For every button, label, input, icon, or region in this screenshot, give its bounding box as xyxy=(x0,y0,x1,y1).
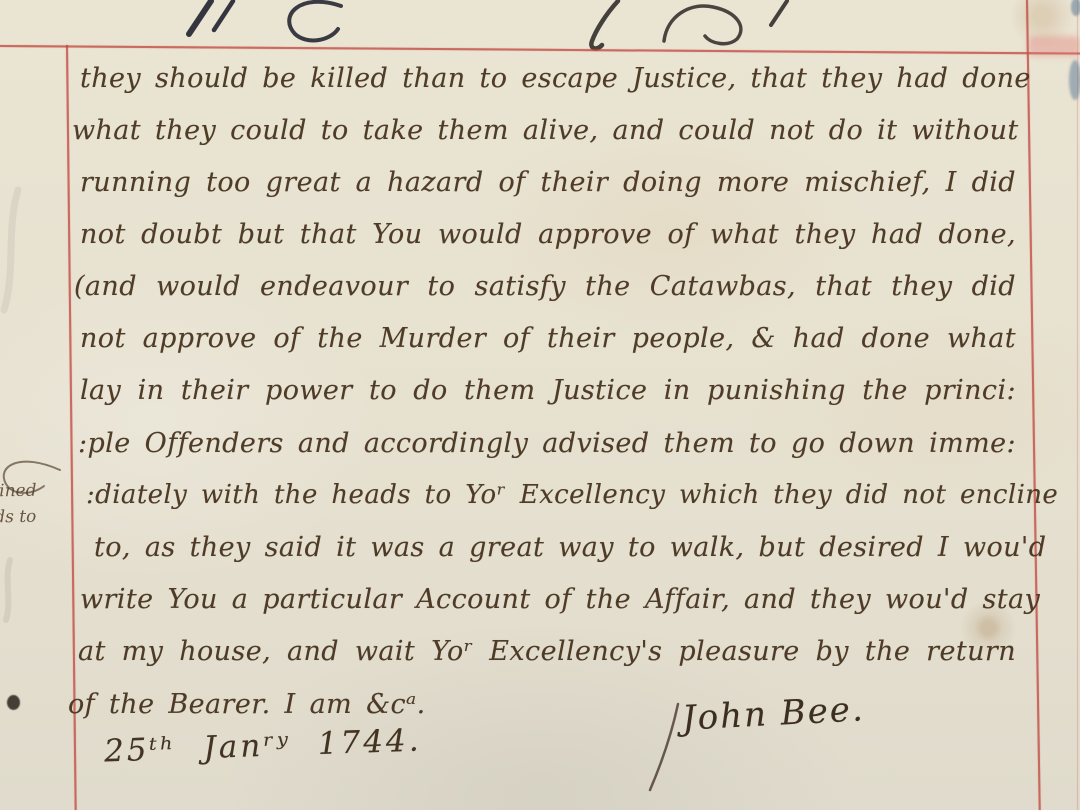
letter-body: they should be killed than to escape Jus… xyxy=(80,0,1016,810)
letter-line-4: not doubt but that You would approve of … xyxy=(80,218,1016,252)
blue-ink-mark xyxy=(1069,60,1080,100)
pink-smudge xyxy=(1028,36,1080,56)
blue-ink-mark-top xyxy=(1071,0,1080,16)
margin-note: lined ds to xyxy=(0,478,40,531)
letter-line-11: write You a particular Account of the Af… xyxy=(80,583,1016,617)
letter-line-12: at my house, and wait Yoʳ Excellency's p… xyxy=(78,635,1016,669)
red-rule-edge-faint xyxy=(1077,0,1078,810)
letter-line-5: (and would endeavour to satisfy the Cata… xyxy=(74,270,1016,304)
letter-line-9: :diately with the heads to Yoʳ Excellenc… xyxy=(86,479,1020,512)
margin-note-line-2: ds to xyxy=(0,504,40,531)
letter-line-7: lay in their power to do them Justice in… xyxy=(80,374,1016,408)
ghost-ink-mark xyxy=(6,560,10,620)
manuscript-page: they should be killed than to escape Jus… xyxy=(0,0,1080,810)
letter-line-2: what they could to take them alive, and … xyxy=(72,114,1016,148)
ghost-ink-mark xyxy=(4,190,18,310)
letter-line-1: they should be killed than to escape Jus… xyxy=(80,62,1016,96)
letter-line-6: not approve of the Murder of their peopl… xyxy=(80,322,1016,356)
letter-line-3: running too great a hazard of their doin… xyxy=(80,166,1016,200)
letter-line-10: to, as they said it was a great way to w… xyxy=(94,531,1016,565)
margin-note-line-1: lined xyxy=(0,478,40,505)
letter-line-13: of the Bearer. I am &cᵃ. xyxy=(68,688,426,722)
ink-blot xyxy=(7,695,20,710)
letter-line-8: :ple Offenders and accordingly advised t… xyxy=(78,427,1016,461)
